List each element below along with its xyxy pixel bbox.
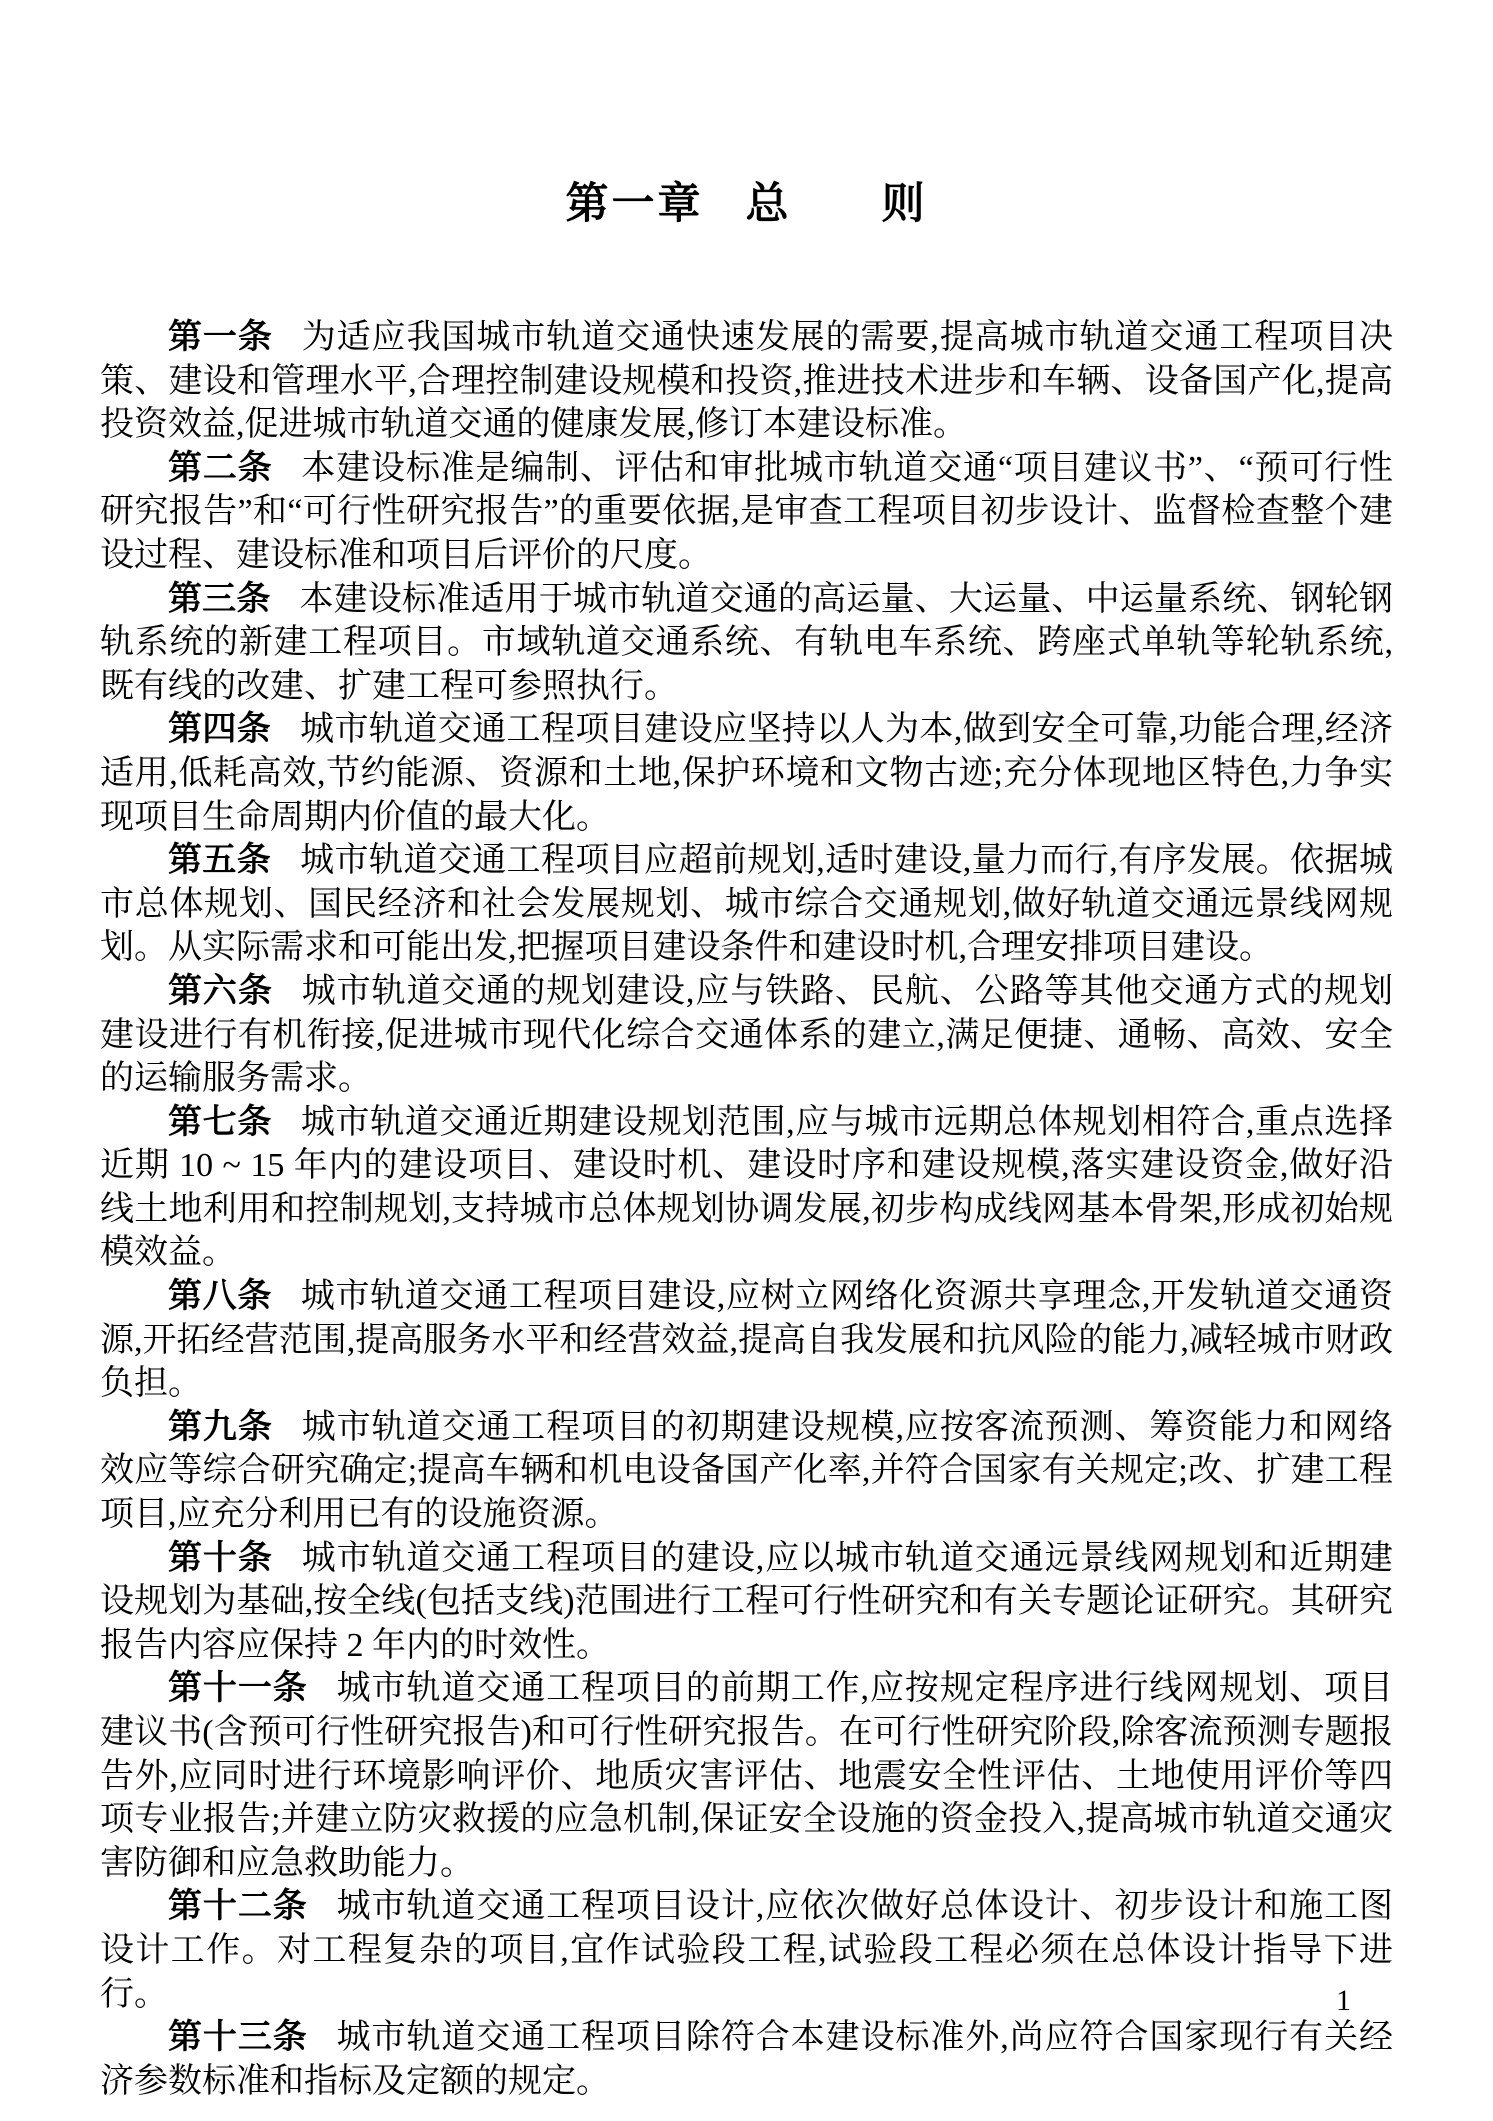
article-paragraph-11: 第十一条城市轨道交通工程项目的前期工作,应按规定程序进行线网规划、项目建议书(含… bbox=[100, 1667, 1393, 1885]
article-paragraph-3: 第三条本建设标准适用于城市轨道交通的高运量、大运量、中运量系统、钢轮钢轨系统的新… bbox=[100, 578, 1393, 709]
article-number: 第十条 bbox=[168, 1539, 302, 1577]
article-paragraph-4: 第四条城市轨道交通工程项目建设应坚持以人为本,做到安全可靠,功能合理,经济适用,… bbox=[100, 708, 1393, 839]
article-paragraph-10: 第十条城市轨道交通工程项目的建设,应以城市轨道交通远景线网规划和近期建设规划为基… bbox=[100, 1537, 1393, 1668]
article-paragraph-1: 第一条为适应我国城市轨道交通快速发展的需要,提高城市轨道交通工程项目决策、建设和… bbox=[100, 316, 1393, 447]
article-number: 第十二条 bbox=[168, 1887, 337, 1925]
article-number: 第九条 bbox=[168, 1408, 302, 1446]
chapter-number: 第一章 bbox=[566, 180, 704, 228]
article-paragraph-13: 第十三条城市轨道交通工程项目除符合本建设标准外,尚应符合国家现行有关经济参数标准… bbox=[100, 2016, 1393, 2103]
article-paragraph-5: 第五条城市轨道交通工程项目应超前规划,适时建设,量力而行,有序发展。依据城市总体… bbox=[100, 839, 1393, 970]
article-paragraph-8: 第八条城市轨道交通工程项目建设,应树立网络化资源共享理念,开发轨道交通资源,开拓… bbox=[100, 1275, 1393, 1406]
article-paragraph-7: 第七条城市轨道交通近期建设规划范围,应与城市远期总体规划相符合,重点选择近期 1… bbox=[100, 1101, 1393, 1275]
article-number: 第六条 bbox=[168, 972, 302, 1010]
chapter-title: 第一章总则 bbox=[0, 180, 1493, 228]
article-number: 第一条 bbox=[168, 318, 302, 356]
article-number: 第三条 bbox=[168, 580, 299, 618]
article-number: 第十一条 bbox=[168, 1669, 337, 1707]
article-paragraph-6: 第六条城市轨道交通的规划建设,应与铁路、民航、公路等其他交通方式的规划建设进行有… bbox=[100, 970, 1393, 1101]
document-page: 第一章总则 第一条为适应我国城市轨道交通快速发展的需要,提高城市轨道交通工程项目… bbox=[0, 0, 1493, 2121]
article-paragraph-9: 第九条城市轨道交通工程项目的初期建设规模,应按客流预测、筹资能力和网络效应等综合… bbox=[100, 1406, 1393, 1537]
article-paragraph-2: 第二条本建设标准是编制、评估和审批城市轨道交通“项目建议书”、“预可行性研究报告… bbox=[100, 447, 1393, 578]
article-number: 第二条 bbox=[168, 449, 301, 487]
document-body: 第一条为适应我国城市轨道交通快速发展的需要,提高城市轨道交通工程项目决策、建设和… bbox=[100, 316, 1393, 2103]
chapter-name-word-2: 则 bbox=[882, 180, 928, 228]
article-paragraph-12: 第十二条城市轨道交通工程项目设计,应依次做好总体设计、初步设计和施工图设计工作。… bbox=[100, 1885, 1393, 2016]
page-number: 1 bbox=[1336, 1984, 1351, 2018]
article-number: 第四条 bbox=[168, 710, 300, 748]
chapter-name-word-1: 总 bbox=[746, 180, 792, 228]
article-number: 第五条 bbox=[168, 841, 300, 879]
article-number: 第七条 bbox=[168, 1103, 301, 1141]
article-number: 第八条 bbox=[168, 1277, 301, 1315]
article-number: 第十三条 bbox=[168, 2018, 337, 2056]
